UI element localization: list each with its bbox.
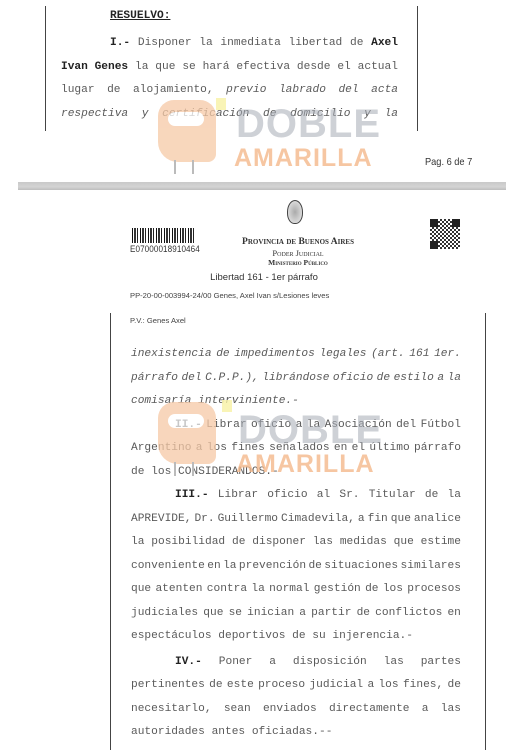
- barcode-icon: [132, 228, 195, 243]
- text-line: de los CONSIDERANDOS.-: [131, 466, 279, 478]
- mascot-icon: [158, 402, 216, 464]
- item-number-line: II.-LibraroficioalaAsociacióndelFútbol: [175, 419, 461, 431]
- text-line: APREVIDE,Dr.GuillermoCimadevila,afinquea…: [131, 513, 461, 525]
- text-line: laposibilidaddedisponerlasmedidasqueesti…: [131, 536, 461, 548]
- institution-line2: Poder Judicial: [228, 248, 368, 258]
- text-line: necesitarlo,seanenviadosdirectamentealas: [131, 703, 461, 715]
- text-line: comisaría interviniente.-: [131, 395, 299, 407]
- institution-line3: Ministerio Público: [228, 258, 368, 267]
- text-line: convenienteenlaprevencióndesituacionessi…: [131, 560, 461, 572]
- page-next-left-border: [110, 313, 111, 750]
- watermark-word2: AMARILLA: [234, 144, 373, 173]
- text-line: judicialesqueseinicianapartirdeconflicto…: [131, 607, 461, 619]
- page-divider: [18, 182, 506, 190]
- resuelvo-heading: RESUELVO:: [110, 10, 170, 22]
- page-next-right-border: [485, 313, 486, 750]
- text-line: párrafodelC.P.P.),librándoseoficiodeesti…: [131, 372, 461, 384]
- text-line: respectivaycertificacióndedomicilioyla: [61, 108, 398, 120]
- text-line: pertinentesdeesteprocesojudicialalosfine…: [131, 679, 461, 691]
- institution-line1: Provincia de Buenos Aires: [228, 237, 368, 247]
- barcode-number: E07000018910464: [130, 244, 200, 254]
- case-reference: PP-20-00-003994-24/00 Genes, Axel Ivan s…: [130, 291, 329, 300]
- page-prev-left-border: [45, 6, 46, 131]
- text-line: queatentencontralanormalgestióndelosproc…: [131, 583, 461, 595]
- pv-label: P.V.: Genes Axel: [130, 316, 186, 325]
- qr-code-icon: [430, 219, 460, 249]
- item-number-line: III.-LibraroficioalSr.Titulardela: [175, 489, 461, 501]
- document-subtitle: Libertad 161 - 1er párrafo: [0, 272, 528, 283]
- coat-of-arms-icon: [287, 200, 303, 224]
- item-number-line: I.-DisponerlainmediatalibertaddeAxel: [110, 37, 398, 49]
- text-line: espectáculos deportivos de su injerencia…: [131, 630, 413, 642]
- text-line: Ivan Geneslaqueseharáefectivadesdeelactu…: [61, 61, 398, 73]
- page-prev-right-border: [417, 6, 418, 131]
- page-number: Pag. 6 de 7: [425, 156, 472, 168]
- item-number-line: IV.-Poneradisposiciónlaspartes: [175, 656, 461, 668]
- text-line: Argentinoalosfinesseñaladosenelúltimopár…: [131, 442, 461, 454]
- text-line: lugardealojamiento,previolabradodelacta: [61, 84, 398, 96]
- text-line: autoridades antes oficiadas.--: [131, 726, 332, 738]
- text-line: inexistenciadeimpedimentoslegales(art.16…: [131, 348, 461, 360]
